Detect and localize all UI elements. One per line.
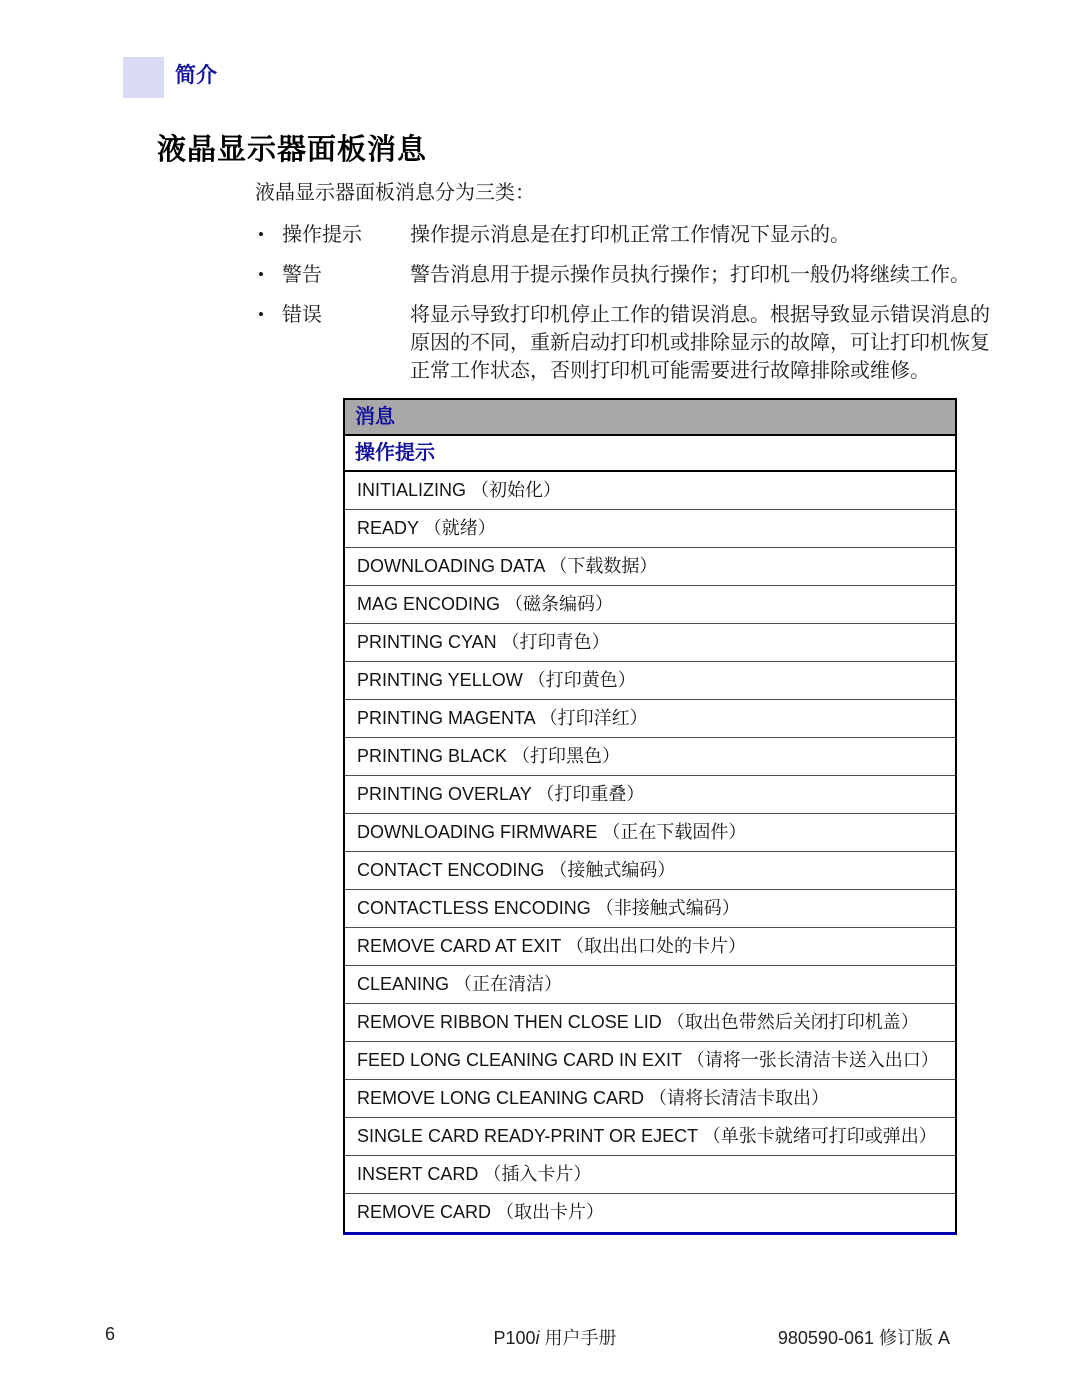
message-text: PRINTING CYAN （打印青色）	[357, 632, 610, 652]
table-row: DOWNLOADING FIRMWARE （正在下载固件）	[345, 814, 955, 852]
message-text: REMOVE CARD AT EXIT （取出出口处的卡片）	[357, 936, 746, 956]
message-text: CONTACT ENCODING （接触式编码）	[357, 860, 675, 880]
message-text: REMOVE RIBBON THEN CLOSE LID （取出色带然后关闭打印…	[357, 1012, 919, 1032]
table-row: PRINTING OVERLAY （打印重叠）	[345, 776, 955, 814]
message-text: FEED LONG CLEANING CARD IN EXIT （请将一张长清洁…	[357, 1050, 939, 1070]
table-row: PRINTING CYAN （打印青色）	[345, 624, 955, 662]
message-text: MAG ENCODING （磁条编码）	[357, 594, 613, 614]
message-text: REMOVE CARD （取出卡片）	[357, 1202, 604, 1222]
table-row: READY （就绪）	[345, 510, 955, 548]
table-row: REMOVE CARD （取出卡片）	[345, 1194, 955, 1232]
table-row: PRINTING BLACK （打印黑色）	[345, 738, 955, 776]
page-title: 液晶显示器面板消息	[157, 127, 427, 168]
message-text: REMOVE LONG CLEANING CARD （请将长清洁卡取出）	[357, 1088, 829, 1108]
table-row: CLEANING （正在清洁）	[345, 966, 955, 1004]
document-page: 简介 液晶显示器面板消息 液晶显示器面板消息分为三类： •操作提示操作提示消息是…	[0, 0, 1080, 1397]
manual-title-prefix: P100	[493, 1328, 535, 1348]
section-marker-square	[123, 57, 164, 98]
bullet-term: 警告	[282, 261, 410, 289]
message-text: PRINTING YELLOW （打印黄色）	[357, 670, 636, 690]
message-text: DOWNLOADING DATA （下载数据）	[357, 556, 657, 576]
message-text: PRINTING OVERLAY （打印重叠）	[357, 784, 644, 804]
table-row: PRINTING MAGENTA （打印洋红）	[345, 700, 955, 738]
table-row: CONTACT ENCODING （接触式编码）	[345, 852, 955, 890]
table-row: FEED LONG CLEANING CARD IN EXIT （请将一张长清洁…	[345, 1042, 955, 1080]
message-text: INSERT CARD （插入卡片）	[357, 1164, 591, 1184]
message-text: PRINTING BLACK （打印黑色）	[357, 746, 620, 766]
message-text: PRINTING MAGENTA （打印洋红）	[357, 708, 648, 728]
bullet-icon: •	[258, 301, 282, 329]
page-footer: 6 P100i 用户手册 980590-061 修订版 A	[0, 1324, 1080, 1348]
table-row: INSERT CARD （插入卡片）	[345, 1156, 955, 1194]
list-item: •错误将显示导致打印机停止工作的错误消息。根据导致显示错误消息的原因的不同，重新…	[258, 301, 998, 385]
bullet-list: •操作提示操作提示消息是在打印机正常工作情况下显示的。•警告警告消息用于提示操作…	[258, 221, 998, 397]
intro-text: 液晶显示器面板消息分为三类：	[255, 180, 535, 206]
message-text: CLEANING （正在清洁）	[357, 974, 562, 994]
list-item: •操作提示操作提示消息是在打印机正常工作情况下显示的。	[258, 221, 998, 249]
table-subheader: 操作提示	[345, 436, 955, 472]
bullet-description: 操作提示消息是在打印机正常工作情况下显示的。	[410, 221, 994, 249]
list-item: •警告警告消息用于提示操作员执行操作；打印机一般仍将继续工作。	[258, 261, 998, 289]
section-label: 简介	[175, 59, 217, 89]
bullet-term: 操作提示	[282, 221, 410, 249]
bullet-description: 将显示导致打印机停止工作的错误消息。根据导致显示错误消息的原因的不同，重新启动打…	[410, 301, 994, 385]
table-row: INITIALIZING （初始化）	[345, 472, 955, 510]
message-text: INITIALIZING （初始化）	[357, 480, 561, 500]
table-row: PRINTING YELLOW （打印黄色）	[345, 662, 955, 700]
table-row: MAG ENCODING （磁条编码）	[345, 586, 955, 624]
table-row: REMOVE CARD AT EXIT （取出出口处的卡片）	[345, 928, 955, 966]
table-row: CONTACTLESS ENCODING （非接触式编码）	[345, 890, 955, 928]
message-text: DOWNLOADING FIRMWARE （正在下载固件）	[357, 822, 746, 842]
table-row: DOWNLOADING DATA （下载数据）	[345, 548, 955, 586]
bullet-description: 警告消息用于提示操作员执行操作；打印机一般仍将继续工作。	[410, 261, 994, 289]
message-text: CONTACTLESS ENCODING （非接触式编码）	[357, 898, 740, 918]
lcd-message-table: 消息 操作提示 INITIALIZING （初始化）READY （就绪）DOWN…	[343, 398, 957, 1235]
table-row: SINGLE CARD READY-PRINT OR EJECT （单张卡就绪可…	[345, 1118, 955, 1156]
manual-title-suffix: 用户手册	[540, 1328, 617, 1348]
bullet-icon: •	[258, 221, 282, 249]
bullet-term: 错误	[282, 301, 410, 329]
table-row: REMOVE RIBBON THEN CLOSE LID （取出色带然后关闭打印…	[345, 1004, 955, 1042]
doc-number: 980590-061 修订版 A	[778, 1324, 950, 1350]
message-text: SINGLE CARD READY-PRINT OR EJECT （单张卡就绪可…	[357, 1126, 937, 1146]
table-row: REMOVE LONG CLEANING CARD （请将长清洁卡取出）	[345, 1080, 955, 1118]
bullet-icon: •	[258, 261, 282, 289]
page-header: 简介	[123, 57, 217, 98]
message-text: READY （就绪）	[357, 518, 496, 538]
table-header: 消息	[345, 400, 955, 436]
message-rows: INITIALIZING （初始化）READY （就绪）DOWNLOADING …	[345, 472, 955, 1232]
